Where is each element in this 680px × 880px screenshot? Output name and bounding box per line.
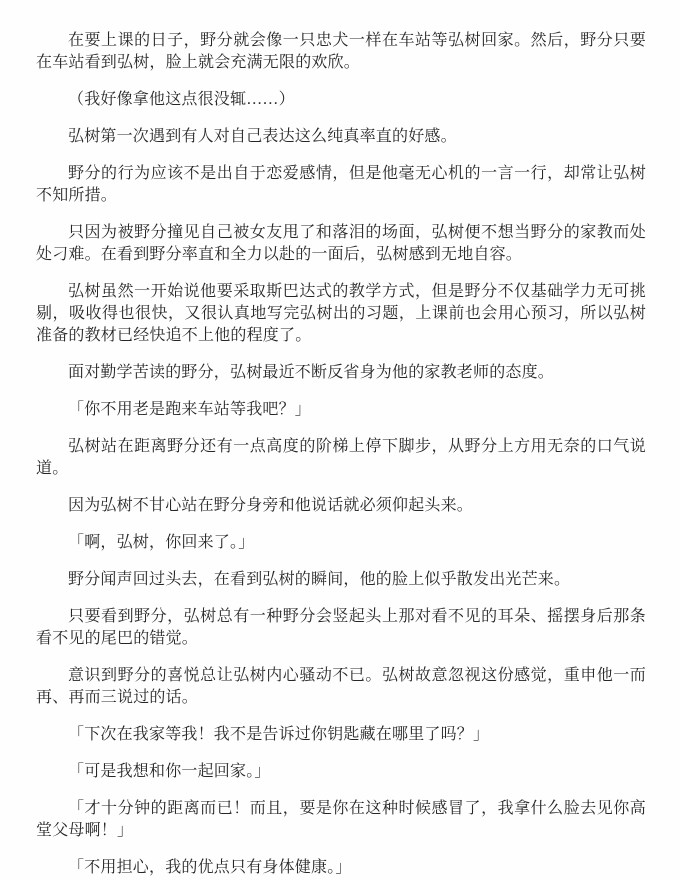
paragraph-narration: 面对勤学苦读的野分，弘树最近不断反省身为他的家教老师的态度。 bbox=[36, 362, 646, 384]
paragraph-dialogue: 「才十分钟的距离而已！而且，要是你在这种时候感冒了，我拿什么脸去见你高堂父母啊！… bbox=[36, 798, 646, 842]
paragraph-dialogue: 「啊，弘树，你回来了。」 bbox=[36, 532, 646, 554]
paragraph-narration: 弘树站在距离野分还有一点高度的阶梯上停下脚步，从野分上方用无奈的口气说道。 bbox=[36, 436, 646, 480]
paragraph-narration: 只因为被野分撞见自己被女友甩了和落泪的场面，弘树便不想当野分的家教而处处刁难。在… bbox=[36, 222, 646, 266]
paragraph-thought: （我好像拿他这点很没辄……） bbox=[36, 89, 646, 111]
paragraph-narration: 弘树虽然一开始说他要采取斯巴达式的教学方式，但是野分不仅基础学力无可挑剔，吸收得… bbox=[36, 281, 646, 347]
paragraph-narration: 野分闻声回过头去，在看到弘树的瞬间，他的脸上似乎散发出光芒来。 bbox=[36, 569, 646, 591]
paragraph-narration: 在要上课的日子，野分就会像一只忠犬一样在车站等弘树回家。然后，野分只要在车站看到… bbox=[36, 30, 646, 74]
paragraph-narration: 野分的行为应该不是出自于恋爱感情，但是他毫无心机的一言一行，却常让弘树不知所措。 bbox=[36, 163, 646, 207]
paragraph-narration: 意识到野分的喜悦总让弘树内心骚动不已。弘树故意忽视这份感觉，重申他一而再、再而三… bbox=[36, 665, 646, 709]
paragraph-dialogue: 「可是我想和你一起回家。」 bbox=[36, 761, 646, 783]
paragraph-narration: 弘树第一次遇到有人对自己表达这么纯真率直的好感。 bbox=[36, 126, 646, 148]
paragraph-dialogue: 「不用担心，我的优点只有身体健康。」 bbox=[36, 857, 646, 879]
paragraph-dialogue: 「下次在我家等我！我不是告诉过你钥匙藏在哪里了吗？」 bbox=[36, 724, 646, 746]
paragraph-narration: 因为弘树不甘心站在野分身旁和他说话就必须仰起头来。 bbox=[36, 495, 646, 517]
novel-page: 在要上课的日子，野分就会像一只忠犬一样在车站等弘树回家。然后，野分只要在车站看到… bbox=[0, 0, 680, 880]
paragraph-narration: 只要看到野分，弘树总有一种野分会竖起头上那对看不见的耳朵、摇摆身后那条看不见的尾… bbox=[36, 606, 646, 650]
paragraph-dialogue: 「你不用老是跑来车站等我吧？」 bbox=[36, 399, 646, 421]
